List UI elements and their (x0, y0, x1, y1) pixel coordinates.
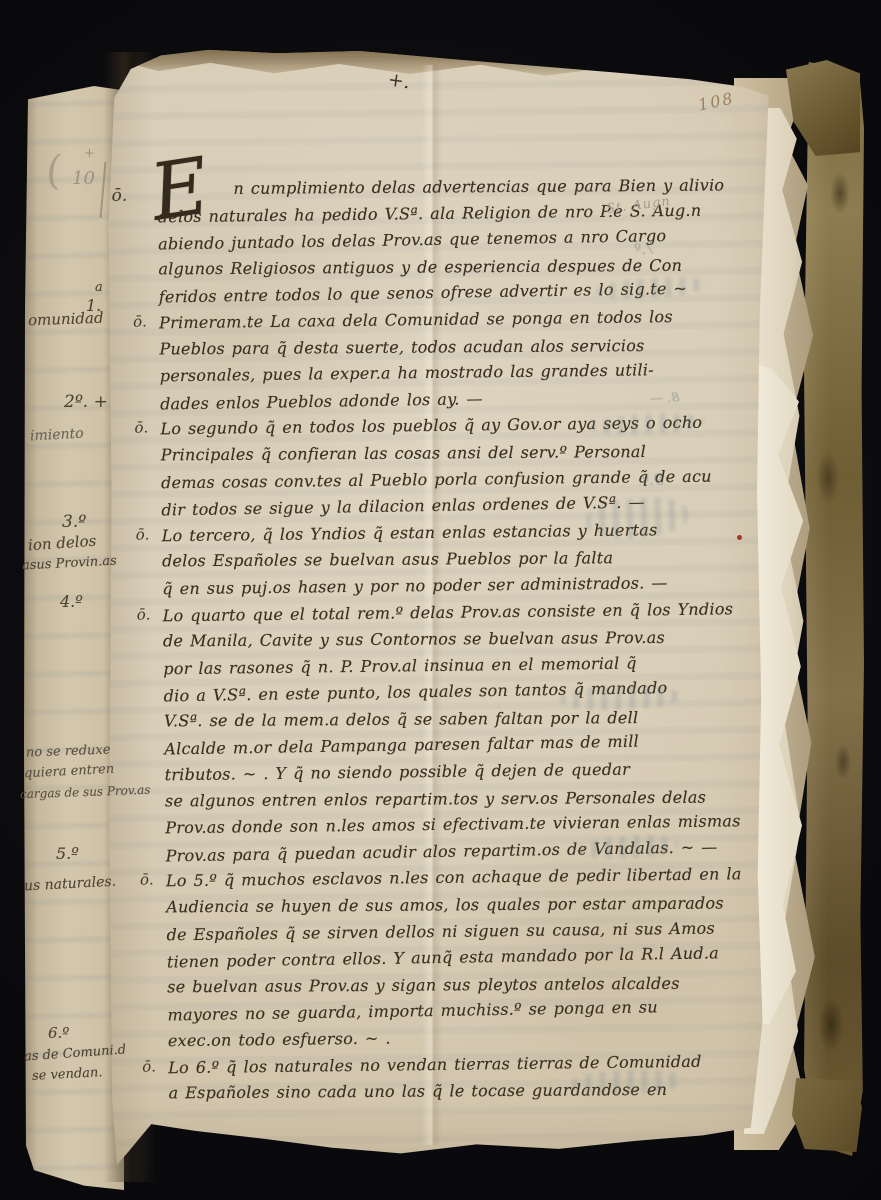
manuscript-page: ō.En cumplimiento delas advertencias que… (106, 42, 792, 1168)
invocation-cross-mark: +. (387, 69, 412, 94)
leather-cover-corner (786, 60, 860, 156)
text-column: ō.En cumplimiento delas advertencias que… (157, 171, 708, 1108)
manuscript-line: n cumplimiento delas advertencias que pa… (157, 173, 697, 203)
margin-note-m1w: omunidad (28, 309, 104, 330)
leather-cover-edge (804, 62, 864, 1156)
bleedthrough-number-8: 8. — (650, 390, 680, 406)
manuscript-section-item5: ō.Lo 5.º q̃ muchos esclavos n.les con ac… (166, 862, 708, 1055)
manuscript-photo: ō.En cumplimiento delas advertencias que… (0, 0, 881, 1200)
manuscript-line: Principales q̃ confieran las cosas ansi … (161, 439, 701, 469)
margin-note-m2: 2º. + (64, 392, 108, 412)
pencil-plus-mark: + (84, 146, 95, 161)
manuscript-section-item1: ō.Primeram.te La caxa dela Comunidad se … (159, 304, 700, 417)
manuscript-line: se algunos entren enlos repartim.tos y s… (165, 784, 705, 814)
manuscript-line: Audiencia se huyen de sus amos, los qual… (166, 891, 706, 921)
paragraph-mark: ō. (133, 312, 147, 330)
leather-cover-bottom (792, 1078, 862, 1152)
manuscript-section-item4: ō.Lo quarto que el total rem.º delas Pro… (163, 596, 706, 869)
pencil-number-mark: 10 (72, 168, 95, 189)
paragraph-mark: ō. (140, 871, 154, 889)
paragraph-mark: ō. (142, 1057, 156, 1075)
paragraph-mark: ō. (137, 605, 151, 623)
margin-note-m1a: a (95, 280, 103, 295)
margin-note-m4: 4.º (60, 592, 83, 611)
red-ink-speck (737, 535, 742, 540)
bleedthrough-number-9: 9.º (642, 471, 664, 490)
manuscript-line: Pueblos para q̃ desta suerte, todos acud… (159, 332, 699, 362)
margin-note-m4w1: no se reduxe (26, 743, 111, 761)
paragraph-mark: ō. (111, 186, 127, 206)
paragraph-mark: ō. (134, 419, 148, 437)
margin-note-m3: 3.º (62, 512, 86, 532)
manuscript-line: Primeram.te La caxa dela Comunidad se po… (159, 304, 699, 337)
margin-note-m5: 5.º (56, 844, 79, 863)
leather-mottling (804, 62, 864, 1156)
margin-note-m2w: imiento (30, 426, 84, 445)
manuscript-line: delos Españoles se buelvan asus Pueblos … (162, 545, 702, 575)
manuscript-line: de Manila, Cavite y sus Contornos se bue… (163, 625, 703, 655)
bleedthrough-number-7: 7.º (634, 240, 656, 259)
margin-note-m6: 6.º (48, 1024, 69, 1042)
paragraph-mark: ō. (136, 525, 150, 543)
